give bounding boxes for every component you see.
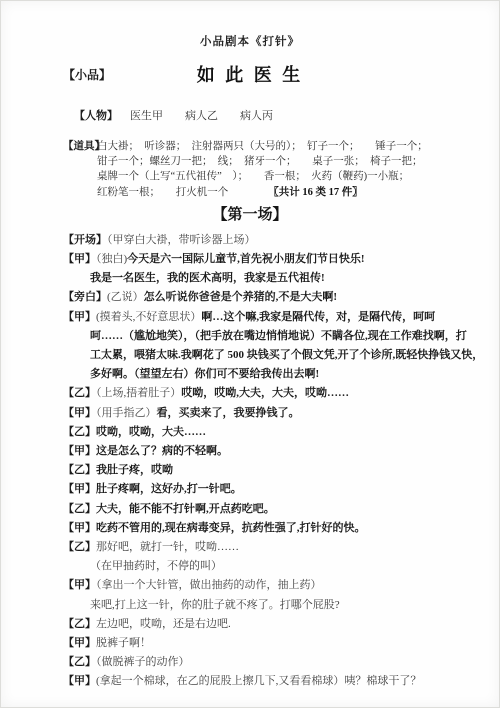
props-label: 【道具】	[63, 139, 105, 154]
dialog-text: 看，买卖来了，我要挣钱了。	[157, 407, 300, 419]
dialog-text: 我是一名医生，我的医术高明，我家是五代祖传!	[90, 272, 325, 284]
script-line: 【乙】（上场,捂着肚子）哎呦，哎呦,大夫，大夫，哎呦……	[63, 384, 499, 403]
stage-direction: （拿出一个大针管，做出抽药的动作，抽上药）	[96, 579, 322, 591]
speaker-label: 【开场】	[63, 234, 107, 246]
dialog-text: 大夫，能不能不打针啊,开点药吃吧。	[96, 503, 275, 515]
stage-direction: （上场,捂着肚子）	[96, 387, 181, 399]
title-row: 【小品】 如 此 医 生	[1, 61, 499, 85]
dialog-text: 多好啊。（望望左右）你们可不要给我传出去啊!	[90, 368, 319, 380]
dialog-text: 那好吧，就打一针，哎呦……	[96, 541, 239, 553]
script-line: 【开场】（甲穿白大褂，带听诊器上场）	[63, 231, 499, 250]
dialog-text: 这是怎么了？病的不轻啊。	[96, 445, 228, 457]
script-line: 来吧,打上这一针，你的肚子就不疼了。打哪个屁股?	[63, 596, 499, 615]
page-title: 如 此 医 生	[1, 61, 499, 87]
script-line: 多好啊。（望望左右）你们可不要给我传出去啊!	[63, 365, 499, 384]
dialog-text: 肚子疼啊，这好办,打一针吧。	[96, 483, 242, 495]
scene-heading: 【第一场】	[1, 203, 499, 224]
script-line: 【甲】(拿起一个棉球，在乙的屁股上擦几下,又看看棉球）咦？棉球干了？	[63, 672, 499, 691]
script-line: 【甲】这是怎么了？病的不轻啊。	[63, 442, 499, 461]
cast-row: 【人物】医生甲 病人乙 病人丙	[63, 95, 499, 135]
stage-direction: （用手指乙）	[96, 407, 157, 419]
dialog-text: 左边吧，哎呦，还是右边吧.	[96, 618, 231, 630]
script-line: 呵……（尴尬地笑），（把手放在嘴边悄悄地说）不瞒各位,现在工作难找啊，打	[63, 327, 499, 346]
dialog-text: 工太累，喂猪太味.我啊花了 500 块钱买了个假文凭,开了个诊所,既轻快挣钱又快…	[90, 349, 483, 361]
speaker-label: 【旁白】	[63, 291, 107, 303]
script-line: 【乙】那好吧，就打一针，哎呦……	[63, 538, 499, 557]
script-body: 【开场】（甲穿白大褂，带听诊器上场）【甲】（独白)今天是六一国际儿童节,首先祝小…	[63, 231, 499, 692]
speaker-label: 【甲】	[63, 675, 96, 687]
script-line: 【甲】（拿出一个大针管，做出抽药的动作，抽上药）	[63, 576, 499, 595]
script-line: 【甲】肚子疼啊，这好办,打一针吧。	[63, 480, 499, 499]
speaker-label: 【甲】	[63, 579, 96, 591]
speaker-label: 【乙】	[63, 426, 96, 438]
script-line: 【乙】我肚子疼，哎呦	[63, 461, 499, 480]
script-line: 工太累，喂猪太味.我啊花了 500 块钱买了个假文凭,开了个诊所,既轻快挣钱又快…	[63, 346, 499, 365]
props-line: 白大褂； 听诊器； 注射器两只（大号的）； 钉子一个； 锤子一个；	[97, 139, 499, 154]
speaker-label: 【甲】	[63, 445, 96, 457]
dialog-text: 吃药不管用的,现在病毒变异，抗药性强了,打针好的快。	[96, 522, 366, 534]
props-line: 钳子一个；螺丝刀一把； 线； 猪牙一个； 桌子一张； 椅子一把；	[97, 154, 499, 169]
script-line: 【甲】（用手指乙）看，买卖来了，我要挣钱了。	[63, 404, 499, 423]
stage-direction: (摸着头,不好意思状）	[96, 311, 201, 323]
speaker-label: 【甲】	[63, 483, 96, 495]
script-line: 【旁白】(乙说）怎么听说你爸爸是个养猪的,不是大夫啊!	[63, 288, 499, 307]
dialog-text: （做脱裤子的动作）	[96, 656, 190, 668]
props-block: 【道具】 白大褂； 听诊器； 注射器两只（大号的）； 钉子一个； 锤子一个； 钳…	[63, 139, 499, 200]
props-line: 桌牌一个（上写“五代祖传” ）； 香一根； 火药（鞭药)一小瓶；	[97, 169, 499, 184]
script-line: 【甲】脱裤子啊！	[63, 634, 499, 653]
script-line: 【乙】（做脱裤子的动作）	[63, 653, 499, 672]
dialog-text: 今天是六一国际儿童节,首先祝小朋友们节日快乐!	[127, 253, 364, 265]
dialog-text: 咦？棉球干了？	[344, 675, 421, 687]
speaker-label: 【甲】	[63, 522, 96, 534]
speaker-label: 【乙】	[63, 387, 96, 399]
dialog-text: 哎呦，哎呦,大夫，大夫，哎呦……	[181, 387, 349, 399]
script-line: 【乙】哎呦，哎呦，大夫……	[63, 423, 499, 442]
speaker-label: 【甲】	[63, 407, 96, 419]
script-line: （在甲抽药时，不停的叫）	[63, 557, 499, 576]
stage-direction: (拿起一个棉球，在乙的屁股上擦几下,又看看棉球）	[96, 675, 344, 687]
script-line: 【甲】(摸着头,不好意思状）啊…这个嘛,我家是隔代传，对，是隔代传，呵呵	[63, 308, 499, 327]
script-line: 【乙】大夫，能不能不打针啊,开点药吃吧。	[63, 500, 499, 519]
dialog-text: 脱裤子啊！	[96, 637, 151, 649]
speaker-label: 【乙】	[63, 464, 96, 476]
speaker-label: 【乙】	[63, 656, 96, 668]
stage-direction: (乙说）	[107, 291, 144, 303]
script-document-page: 小品剧本《打针》 【小品】 如 此 医 生 【人物】医生甲 病人乙 病人丙 【道…	[0, 0, 500, 708]
script-line: 【乙】左边吧，哎呦，还是右边吧.	[63, 615, 499, 634]
speaker-label: 【乙】	[63, 503, 96, 515]
dialog-text: 来吧,打上这一针，你的肚子就不疼了。打哪个屁股?	[90, 599, 340, 611]
script-line: 【甲】（独白)今天是六一国际儿童节,首先祝小朋友们节日快乐!	[63, 250, 499, 269]
script-line: 我是一名医生，我的医术高明，我家是五代祖传!	[63, 269, 499, 288]
stage-direction: （独白)	[96, 253, 127, 265]
speaker-label: 【乙】	[63, 618, 96, 630]
speaker-label: 【甲】	[63, 253, 96, 265]
script-line: 【甲】吃药不管用的,现在病毒变异，抗药性强了,打针好的快。	[63, 519, 499, 538]
dialog-text: 呵……（尴尬地笑），（把手放在嘴边悄悄地说）不瞒各位,现在工作难找啊，打	[90, 330, 467, 342]
document-header: 小品剧本《打针》	[1, 1, 499, 49]
dialog-text: （在甲抽药时，不停的叫）	[90, 560, 222, 572]
props-line-last: 红粉笔一根； 打火机一个〖共计 16 类 17 件〗	[97, 185, 499, 200]
dialog-text: 我肚子疼，哎呦	[96, 464, 173, 476]
dialog-text: 怎么听说你爸爸是个养猪的,不是大夫啊!	[144, 291, 337, 303]
cast-names: 医生甲 病人乙 病人丙	[130, 110, 273, 122]
cast-label: 【人物】	[74, 110, 118, 122]
props-line-text: 红粉笔一根； 打火机一个	[97, 187, 228, 198]
speaker-label: 【甲】	[63, 637, 96, 649]
stage-direction: （甲穿白大褂，带听诊器上场）	[107, 234, 256, 246]
dialog-text: 哎呦，哎呦，大夫……	[96, 426, 206, 438]
dialog-text: 啊…这个嘛,我家是隔代传，对，是隔代传，呵呵	[201, 311, 435, 323]
speaker-label: 【乙】	[63, 541, 96, 553]
props-count-badge: 〖共计 16 类 17 件〗	[268, 187, 363, 198]
speaker-label: 【甲】	[63, 311, 96, 323]
